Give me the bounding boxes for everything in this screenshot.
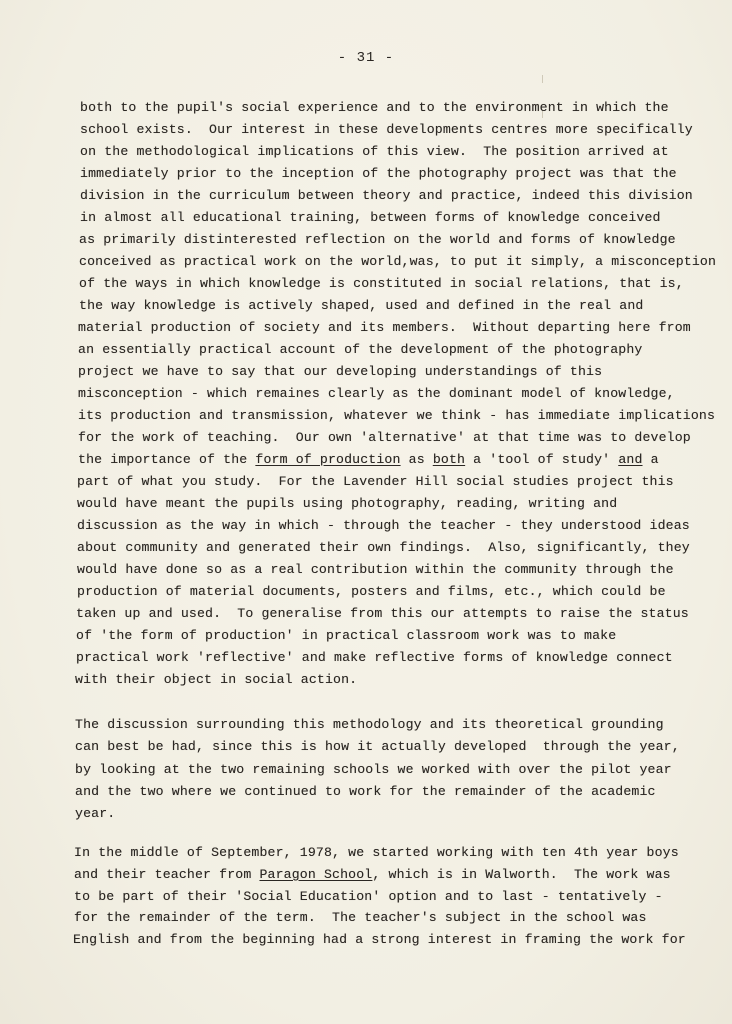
underlined-emphasis: Paragon School [259, 867, 372, 882]
text-line: misconception - which remaines clearly a… [78, 386, 675, 402]
text-line: for the remainder of the term. The teach… [74, 910, 647, 926]
text-line: would have done so as a real contributio… [77, 562, 674, 578]
text-line: material production of society and its m… [78, 320, 691, 336]
text-line: about community and generated their own … [77, 540, 690, 556]
text-line: The discussion surrounding this methodol… [75, 717, 664, 733]
text-line: to be part of their 'Social Education' o… [74, 889, 663, 905]
underlined-emphasis: and [618, 452, 642, 467]
text-line: and their teacher from Paragon School, w… [74, 867, 671, 883]
text-line: discussion as the way in which - through… [77, 518, 690, 534]
text-line: of 'the form of production' in practical… [76, 628, 616, 644]
text-line: school exists. Our interest in these dev… [80, 122, 693, 138]
text-line: as primarily distinterested reflection o… [79, 232, 676, 248]
text-line: would have meant the pupils using photog… [77, 496, 617, 512]
paper-mark [542, 75, 543, 83]
text-line: division in the curriculum between theor… [80, 188, 693, 204]
text-line: can best be had, since this is how it ac… [75, 739, 680, 755]
page-number: - 31 - [0, 50, 732, 66]
document-page: - 31 - both to the pupil's social experi… [0, 0, 732, 1024]
text-line: part of what you study. For the Lavender… [77, 474, 674, 490]
text-line: taken up and used. To generalise from th… [76, 606, 689, 622]
text-line: production of material documents, poster… [77, 584, 666, 600]
underlined-emphasis: both [433, 452, 465, 467]
text-line: its production and transmission, whateve… [78, 408, 715, 424]
text-line: on the methodological implications of th… [80, 144, 669, 160]
text-line: by looking at the two remaining schools … [75, 762, 672, 778]
text-line: In the middle of September, 1978, we sta… [74, 845, 679, 861]
text-line: conceived as practical work on the world… [79, 254, 716, 270]
text-line: and the two where we continued to work f… [75, 784, 656, 800]
text-line: practical work 'reflective' and make ref… [76, 650, 673, 666]
text-line: year. [75, 806, 115, 822]
text-line: for the work of teaching. Our own 'alter… [78, 430, 691, 446]
text-line: the way knowledge is actively shaped, us… [79, 298, 643, 314]
text-line: the importance of the form of production… [78, 452, 659, 468]
text-line: project we have to say that our developi… [78, 364, 602, 380]
text-line: immediately prior to the inception of th… [80, 166, 677, 182]
text-line: of the ways in which knowledge is consti… [79, 276, 684, 292]
text-line: both to the pupil's social experience an… [80, 100, 669, 116]
text-line: an essentially practical account of the … [78, 342, 642, 358]
text-line: in almost all educational training, betw… [80, 210, 661, 226]
text-line: with their object in social action. [75, 672, 357, 688]
underlined-emphasis: form of production [255, 452, 400, 467]
text-line: English and from the beginning had a str… [73, 932, 686, 948]
